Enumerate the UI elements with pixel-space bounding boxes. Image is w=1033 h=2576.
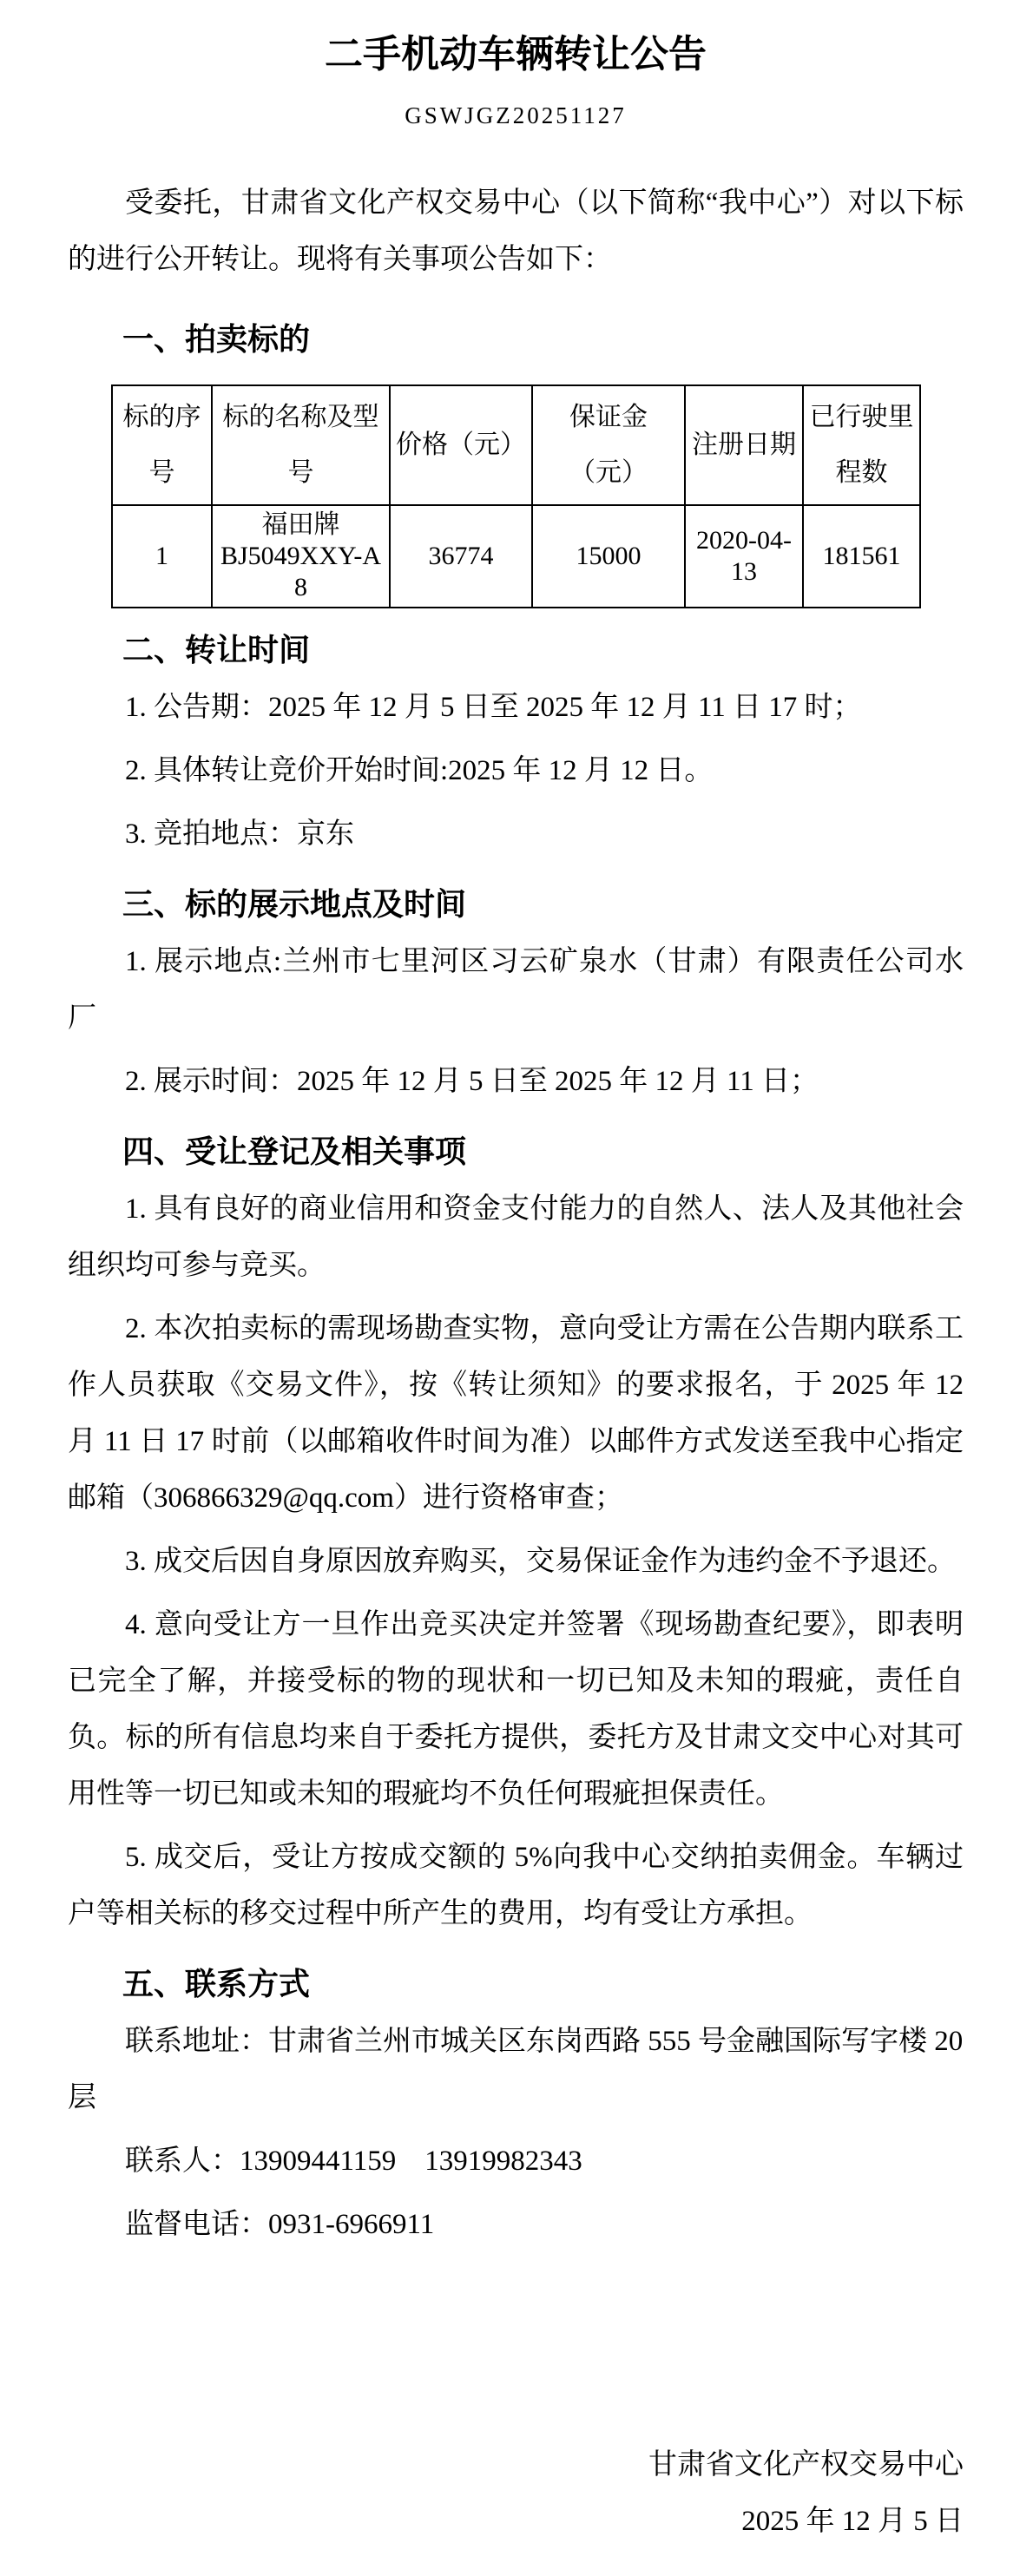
transfer-time-item: 2. 具体转让竞价开始时间:2025 年 12 月 12 日。 — [68, 743, 964, 799]
col-header-mileage: 已行驶里程数 — [803, 385, 920, 505]
issuing-organization: 甘肃省文化产权交易中心 — [68, 2437, 964, 2494]
lot-model: BJ5049XXY-A8 — [220, 542, 381, 601]
registration-item: 3. 成交后因自身原因放弃购买，交易保证金作为违约金不予退还。 — [68, 1534, 964, 1590]
contact-block: 联系地址：甘肃省兰州市城关区东岗西路 555 号金融国际写字楼 20 层 联系人… — [68, 2014, 964, 2253]
exhibit-item: 1. 展示地点:兰州市七里河区习云矿泉水（甘肃）有限责任公司水厂 — [68, 934, 964, 1047]
table-row: 1 福田牌 BJ5049XXY-A8 36774 15000 2020-04-1… — [112, 505, 920, 608]
exhibit-item: 2. 展示时间：2025 年 12 月 5 日至 2025 年 12 月 11 … — [68, 1054, 964, 1110]
issue-date: 2025 年 12 月 5 日 — [68, 2494, 964, 2550]
contact-supervision-phone: 监督电话：0931-6966911 — [68, 2197, 964, 2253]
col-header-reg-date: 注册日期 — [685, 385, 803, 505]
section-heading-transfer-time: 二、转让时间 — [68, 628, 964, 673]
section-heading-contact: 五、联系方式 — [68, 1962, 964, 2007]
col-header-lot-index: 标的序号 — [112, 385, 212, 505]
auction-lots-table: 标的序号 标的名称及型号 价格（元） 保证金（元） 注册日期 已行驶里程数 1 … — [111, 384, 921, 608]
announcement-document: 二手机动车辆转让公告 GSWJGZ20251127 受委托，甘肃省文化产权交易中… — [0, 0, 1033, 2576]
lot-reg-date-cell: 2020-04-13 — [685, 505, 803, 608]
section-heading-auction-lots: 一、拍卖标的 — [68, 317, 964, 362]
transfer-time-item: 3. 竞拍地点：京东 — [68, 806, 964, 863]
lot-deposit-cell: 15000 — [532, 505, 685, 608]
transfer-time-item: 1. 公告期：2025 年 12 月 5 日至 2025 年 12 月 11 日… — [68, 680, 964, 736]
intro-paragraph: 受委托，甘肃省文化产权交易中心（以下简称“我中心”）对以下标的进行公开转让。现将… — [68, 175, 964, 288]
lot-brand: 福田牌 — [262, 510, 340, 539]
contact-address: 联系地址：甘肃省兰州市城关区东岗西路 555 号金融国际写字楼 20 层 — [68, 2014, 964, 2126]
registration-item: 1. 具有良好的商业信用和资金支付能力的自然人、法人及其他社会组织均可参与竞买。 — [68, 1181, 964, 1294]
col-header-lot-name: 标的名称及型号 — [212, 385, 390, 505]
registration-item: 4. 意向受让方一旦作出竞买决定并签署《现场勘查纪要》，即表明已完全了解，并接受… — [68, 1597, 964, 1823]
signature-block: 甘肃省文化产权交易中心 2025 年 12 月 5 日 — [68, 2437, 964, 2550]
table-header-row: 标的序号 标的名称及型号 价格（元） 保证金（元） 注册日期 已行驶里程数 — [112, 385, 920, 505]
section-heading-exhibit: 三、标的展示地点及时间 — [68, 882, 964, 927]
contact-person: 联系人：13909441159 13919982343 — [68, 2133, 964, 2190]
lot-mileage-cell: 181561 — [803, 505, 920, 608]
doc-reference-code: GSWJGZ20251127 — [68, 101, 964, 130]
registration-item: 2. 本次拍卖标的需现场勘查实物，意向受让方需在公告期内联系工作人员获取《交易文… — [68, 1301, 964, 1527]
registration-item: 5. 成交后，受让方按成交额的 5%向我中心交纳拍卖佣金。车辆过户等相关标的移交… — [68, 1830, 964, 1942]
doc-title: 二手机动车辆转让公告 — [68, 30, 964, 80]
section-heading-registration: 四、受让登记及相关事项 — [68, 1129, 964, 1174]
col-header-price: 价格（元） — [390, 385, 532, 505]
col-header-deposit: 保证金（元） — [532, 385, 685, 505]
lot-name-cell: 福田牌 BJ5049XXY-A8 — [212, 505, 390, 608]
lot-price-cell: 36774 — [390, 505, 532, 608]
lot-index-cell: 1 — [112, 505, 212, 608]
